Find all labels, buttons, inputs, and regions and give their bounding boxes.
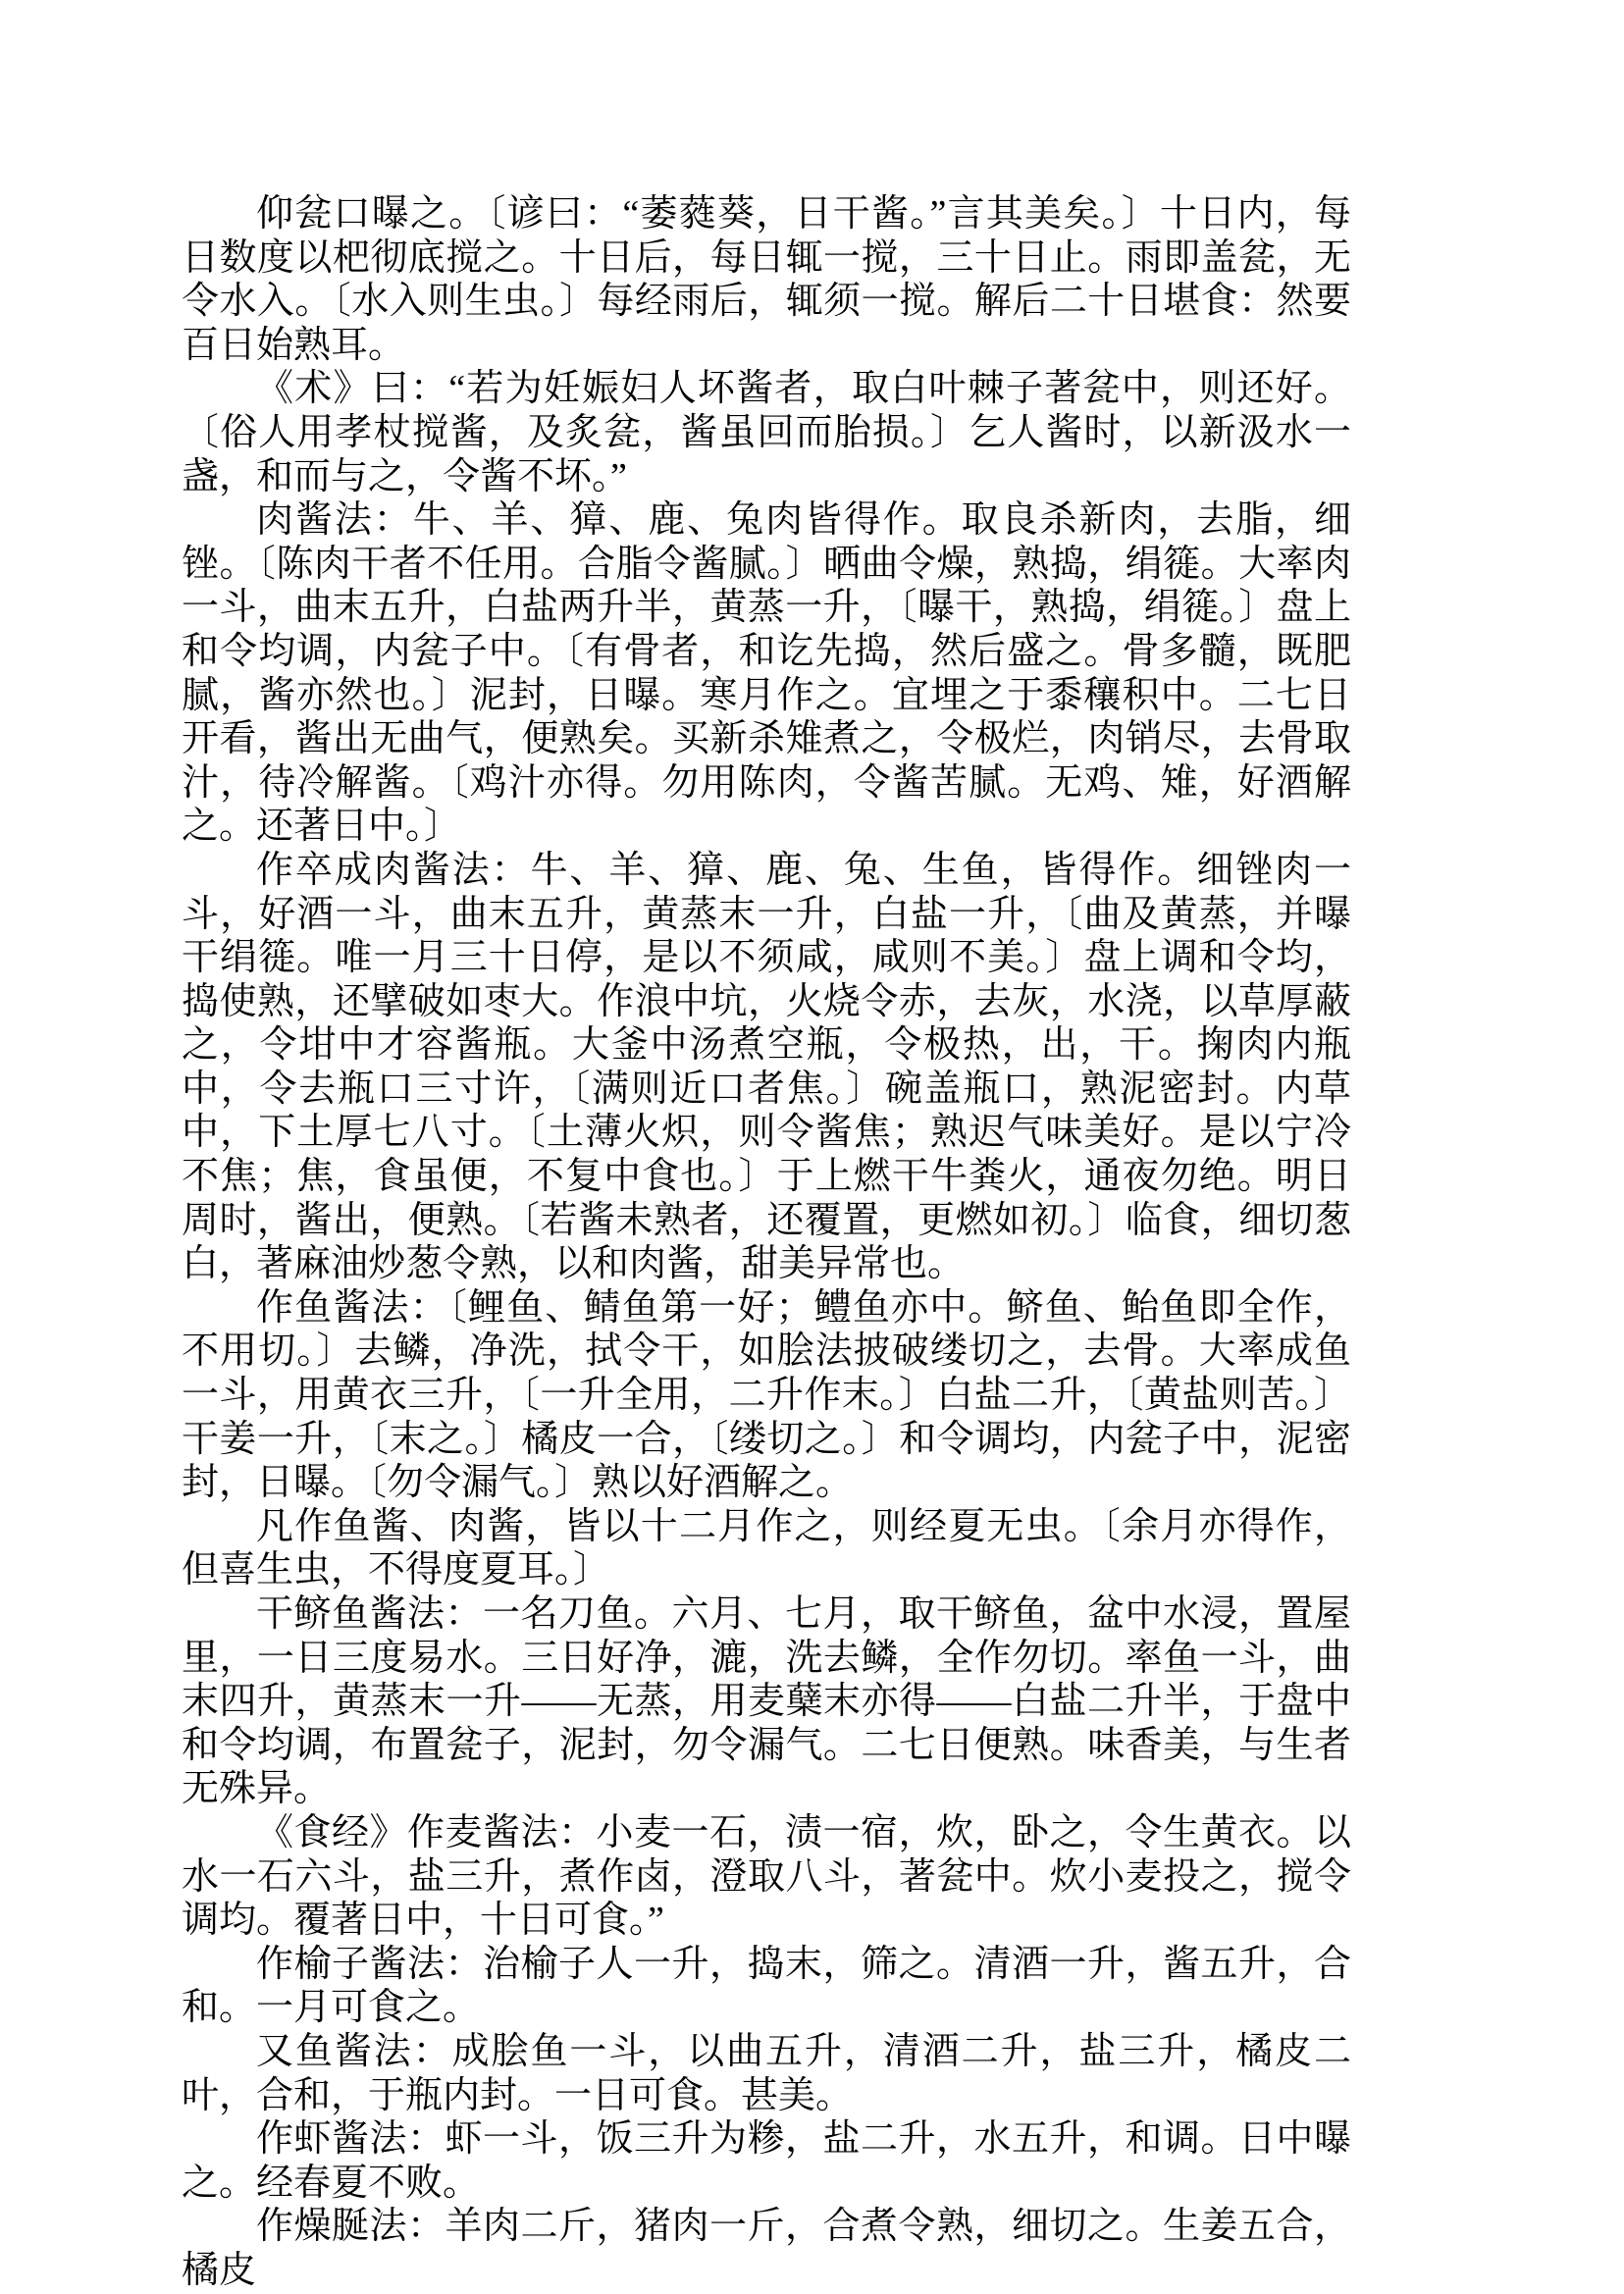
paragraph: 作虾酱法：虾一斗，饭三升为糁，盐二升，水五升，和调。日中曝之。经春夏不败。 (182, 2117, 1351, 2205)
paragraph: 干鲚鱼酱法：一名刀鱼。六月、七月，取干鲚鱼，盆中水浸，置屋里，一日三度易水。三日… (182, 1592, 1351, 1811)
paragraph: 《食经》作麦酱法：小麦一石，渍一宿，炊，卧之，令生黄衣。以水一石六斗，盐三升，煮… (182, 1811, 1351, 1943)
document-page: 仰瓫口曝之。〔谚曰：“萎蕤葵，日干酱。”言其美矣。〕十日内，每日数度以杷彻底搅之… (0, 0, 1624, 2294)
paragraph: 作榆子酱法：治榆子人一升，捣末，筛之。清酒一升，酱五升，合和。一月可食之。 (182, 1943, 1351, 2030)
paragraph: 仰瓫口曝之。〔谚曰：“萎蕤葵，日干酱。”言其美矣。〕十日内，每日数度以杷彻底搅之… (182, 192, 1351, 367)
paragraph: 肉酱法：牛、羊、獐、鹿、兔肉皆得作。取良杀新肉，去脂，细锉。〔陈肉干者不任用。合… (182, 498, 1351, 849)
paragraph: 作鱼酱法：〔鲤鱼、鲭鱼第一好；鳢鱼亦中。鲚鱼、鲐鱼即全作，不用切。〕去鳞，净洗，… (182, 1286, 1351, 1505)
paragraph: 作卒成肉酱法：牛、羊、獐、鹿、兔、生鱼，皆得作。细锉肉一斗，好酒一斗，曲末五升，… (182, 849, 1351, 1286)
paragraph: 凡作鱼酱、肉酱，皆以十二月作之，则经夏无虫。〔余月亦得作，但喜生虫，不得度夏耳。… (182, 1505, 1351, 1592)
paragraph: 《术》曰：“若为妊娠妇人坏酱者，取白叶棘子著瓫中，则还好。〔俗人用孝杖搅酱，及炙… (182, 367, 1351, 498)
document-body: 仰瓫口曝之。〔谚曰：“萎蕤葵，日干酱。”言其美矣。〕十日内，每日数度以杷彻底搅之… (182, 192, 1351, 2293)
paragraph: 作燥脠法：羊肉二斤，猪肉一斤，合煮令熟，细切之。生姜五合，橘皮 (182, 2205, 1351, 2292)
paragraph: 又鱼酱法：成脍鱼一斗，以曲五升，清酒二升，盐三升，橘皮二叶，合和，于瓶内封。一日… (182, 2030, 1351, 2117)
